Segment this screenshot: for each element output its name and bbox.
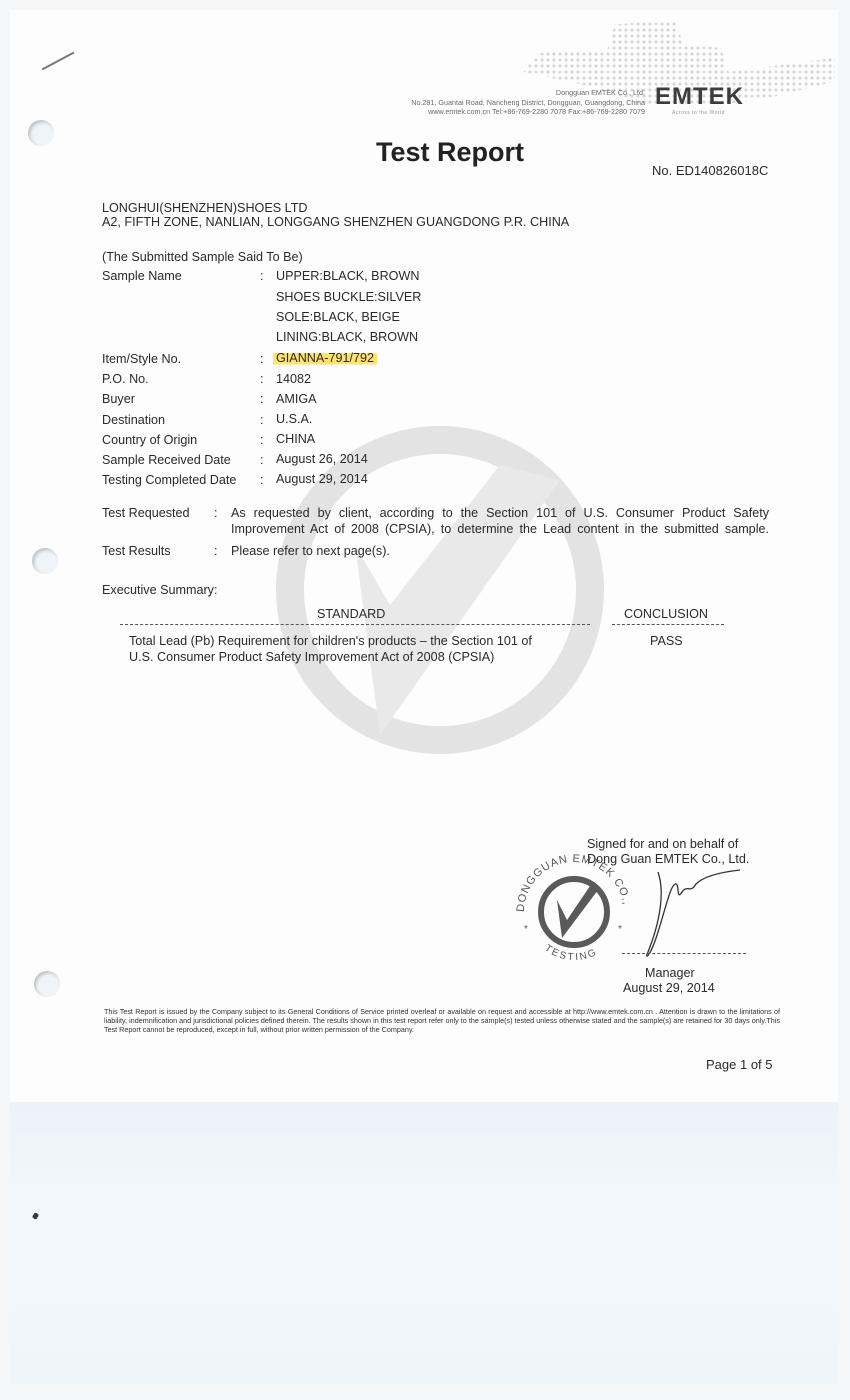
emtek-logo: EMTEK — [655, 83, 744, 111]
field-value-sample-name: SOLE:BLACK, BEIGE — [276, 310, 400, 324]
executive-summary-heading: Executive Summary: — [102, 583, 217, 597]
table-divider — [120, 624, 590, 625]
standard-text-line1: Total Lead (Pb) Requirement for children… — [129, 634, 532, 648]
signature-line — [622, 953, 746, 954]
field-separator: : — [260, 453, 264, 467]
conclusion-value: PASS — [650, 634, 683, 648]
punch-hole-icon — [34, 971, 60, 997]
field-value-sample-name: SHOES BUCKLE:SILVER — [276, 290, 421, 304]
signatory-title: Manager — [645, 966, 695, 980]
svg-text:*: * — [524, 924, 528, 935]
field-separator: : — [260, 433, 264, 447]
company-seal-icon: DONGGUAN EMTEK CO., LTD. TESTING * * — [512, 850, 637, 965]
field-label-item-style: Item/Style No. — [102, 352, 181, 366]
page-number: Page 1 of 5 — [706, 1057, 773, 1072]
field-separator: : — [260, 352, 264, 366]
sample-intro: (The Submitted Sample Said To Be) — [102, 250, 303, 264]
field-value-sample-name: UPPER:BLACK, BROWN — [276, 269, 419, 283]
company-name: Dongguan EMTEK Co., Ltd. — [411, 88, 645, 98]
applicant-name: LONGHUI(SHENZHEN)SHOES LTD — [102, 201, 307, 215]
field-label-country: Country of Origin — [102, 433, 197, 447]
signature-date: August 29, 2014 — [623, 981, 715, 995]
company-address-block: Dongguan EMTEK Co., Ltd. No.281, Guantai… — [411, 88, 645, 117]
field-value-destination: U.S.A. — [276, 412, 312, 426]
field-separator: : — [260, 269, 264, 283]
punch-hole-icon — [32, 548, 58, 574]
field-label-received-date: Sample Received Date — [102, 453, 231, 467]
field-label-buyer: Buyer — [102, 392, 135, 406]
company-address: No.281, Guantai Road, Nancheng District,… — [411, 98, 645, 108]
field-label-completed-date: Testing Completed Date — [102, 473, 236, 487]
legal-disclaimer: This Test Report is issued by the Compan… — [104, 1007, 780, 1034]
standard-text-line2: U.S. Consumer Product Safety Improvement… — [129, 650, 494, 664]
field-value-sample-name: LINING:BLACK, BROWN — [276, 330, 418, 344]
field-value-country: CHINA — [276, 432, 315, 446]
applicant-address: A2, FIFTH ZONE, NANLIAN, LONGGANG SHENZH… — [102, 215, 569, 229]
field-label-destination: Destination — [102, 413, 165, 427]
field-label-po-no: P.O. No. — [102, 372, 149, 386]
test-requested-label: Test Requested — [102, 506, 190, 520]
field-separator: : — [260, 413, 264, 427]
field-value-received-date: August 26, 2014 — [276, 452, 368, 466]
field-label-sample-name: Sample Name — [102, 269, 182, 283]
background-sheet — [10, 1102, 838, 1385]
table-divider — [612, 624, 724, 625]
svg-text:*: * — [618, 924, 622, 935]
column-header-conclusion: CONCLUSION — [624, 607, 708, 621]
field-separator: : — [260, 392, 264, 406]
field-value-buyer: AMIGA — [276, 392, 317, 406]
field-value-po-no: 14082 — [276, 372, 311, 386]
company-contact: www.emtek.com.cn Tel:+86-769-2280 7078 F… — [411, 107, 645, 117]
test-results-label: Test Results — [102, 544, 171, 558]
test-results-text: Please refer to next page(s). — [231, 544, 390, 558]
field-value-item-style: GIANNA-791/792 — [276, 351, 377, 365]
column-header-standard: STANDARD — [317, 607, 385, 621]
highlighted-style-number: GIANNA-791/792 — [273, 351, 377, 365]
logo-tagline: Across to the World — [672, 110, 725, 116]
field-separator: : — [260, 473, 264, 487]
signed-for-text: Signed for and on behalf of — [587, 837, 738, 851]
report-number: No. ED140826018C — [652, 163, 768, 178]
field-value-completed-date: August 29, 2014 — [276, 472, 368, 486]
field-separator: : — [260, 372, 264, 386]
field-separator: : — [214, 506, 218, 520]
field-separator: : — [214, 544, 218, 558]
manager-signature — [630, 862, 750, 962]
